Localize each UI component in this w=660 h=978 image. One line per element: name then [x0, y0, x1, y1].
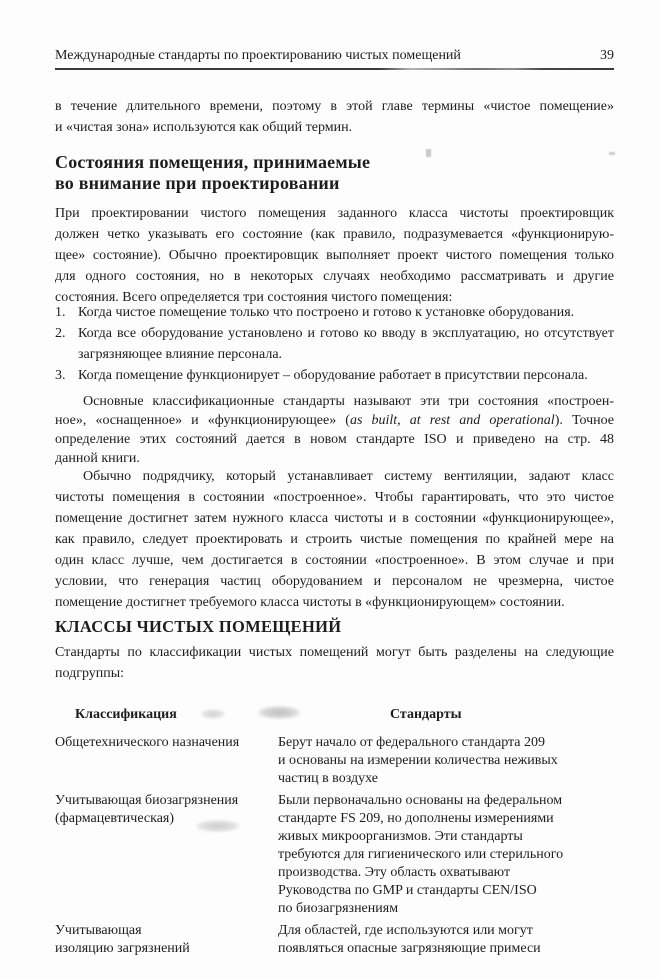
- list-item: 3. Когда помещение функционирует – обору…: [55, 365, 614, 386]
- standards-cell: Для областей, где используются или могут…: [278, 922, 612, 958]
- standards-cell: Были первоначально основаны на федеральн…: [278, 792, 612, 918]
- intro-paragraph: в течение длительного времени, поэтому в…: [55, 96, 614, 138]
- text-line: живых микроорганизмов. Эти стандарты: [278, 828, 612, 846]
- list-item-text: Когда чистое помещение только что постро…: [78, 302, 614, 323]
- states-numbered-list: 1. Когда чистое помещение только что пос…: [55, 302, 614, 386]
- page-running-header: Международные стандарты по проектировани…: [55, 46, 614, 68]
- text-line: должен четко указывать его состояние (ка…: [55, 224, 614, 245]
- latin-italic-terms: as built, at rest and operational: [350, 413, 555, 428]
- text-line: помещение достигнет затем нужного класса…: [55, 508, 614, 529]
- text-line: требуются для гигиенического или стериль…: [278, 846, 612, 864]
- column-header-standards: Стандарты: [278, 706, 612, 724]
- text-line: Для областей, где используются или могут: [278, 922, 612, 940]
- paragraph-contractor: Обычно подрядчику, который устанавливает…: [55, 466, 614, 613]
- text-line: и «чистая зона» используются как общий т…: [55, 117, 614, 138]
- text-line: стандарте FS 209, но дополнены измерения…: [278, 810, 612, 828]
- text-line: Основные классификационные стандарты наз…: [55, 392, 614, 411]
- text-line: Общетехнического назначения: [55, 734, 278, 752]
- paragraph-classes-intro: Стандарты по классификации чистых помеще…: [55, 642, 614, 684]
- text-line: Обычно подрядчику, который устанавливает…: [55, 466, 614, 487]
- table-row: Учитывающая биозагрязнения(фармацевтичес…: [55, 792, 614, 918]
- text-line: Учитывающая: [55, 922, 278, 940]
- text-line: щее» состояние). Обычно проектировщик вы…: [55, 245, 614, 266]
- text-line: в течение длительного времени, поэтому в…: [55, 96, 614, 117]
- paragraph-design-states: При проектировании чистого помещения зад…: [55, 203, 614, 308]
- text-line: один класс лучше, чем достигается в сост…: [55, 550, 614, 571]
- text-line: подгруппы:: [55, 663, 614, 684]
- scanned-book-page: Международные стандарты по проектировани…: [0, 0, 660, 978]
- text-line: и основаны на измерении количества нежив…: [278, 752, 612, 770]
- text-line: Руководства по GMP и стандарты CEN/ISO: [278, 882, 612, 900]
- text-line: загрязняющее влияние персонала.: [78, 344, 614, 365]
- text-line: частиц в воздухе: [278, 770, 612, 788]
- text-line: Учитывающая биозагрязнения: [55, 792, 278, 810]
- text-line: условии, что генерация частиц оборудован…: [55, 571, 614, 592]
- table-row: Общетехнического назначения Берут начало…: [55, 734, 614, 788]
- text-line: для одного состояния, но в некоторых слу…: [55, 266, 614, 287]
- text-line: При проектировании чистого помещения зад…: [55, 203, 614, 224]
- text-line: по биозагрязнениям: [278, 900, 612, 918]
- text-line: во внимание при проектировании: [55, 173, 614, 194]
- list-item: 1. Когда чистое помещение только что пос…: [55, 302, 614, 323]
- list-item-number: 2.: [55, 323, 78, 365]
- column-header-classification: Классификация: [55, 706, 278, 724]
- section-heading-room-states: Состояния помещения, принимаемыево внима…: [55, 152, 614, 194]
- text-line: Когда чистое помещение только что постро…: [78, 302, 614, 323]
- line-segment: ное», «оснащенное» и «функционирующее» (: [55, 413, 350, 428]
- text-line: Когда помещение функционирует – оборудов…: [78, 365, 614, 386]
- scan-smudge: [258, 706, 300, 719]
- text-line: чистоты помещения в состоянии «построенн…: [55, 487, 614, 508]
- page-number: 39: [600, 46, 614, 66]
- text-line: Состояния помещения, принимаемые: [55, 152, 614, 173]
- text-line: Стандарты по классификации чистых помеще…: [55, 642, 614, 663]
- text-line: изоляцию загрязнений: [55, 940, 278, 958]
- scan-smudge: [196, 820, 240, 832]
- classification-cell: Учитывающая биозагрязнения(фармацевтичес…: [55, 792, 278, 918]
- line-segment: ). Точное: [555, 413, 614, 428]
- section-heading-cleanroom-classes: КЛАССЫ ЧИСТЫХ ПОМЕЩЕНИЙ: [55, 616, 614, 637]
- page-content: Международные стандарты по проектировани…: [55, 0, 614, 958]
- text-line: Когда все оборудование установлено и гот…: [78, 323, 614, 344]
- scan-artifact-line: [400, 68, 542, 70]
- standards-cell: Берут начало от федерального стандарта 2…: [278, 734, 612, 788]
- text-line: (фармацевтическая): [55, 810, 278, 828]
- running-title: Международные стандарты по проектировани…: [55, 46, 461, 66]
- text-line: Были первоначально основаны на федеральн…: [278, 792, 612, 810]
- scan-speck: [426, 149, 431, 157]
- scan-smudge: [201, 709, 225, 719]
- text-line: Берут начало от федерального стандарта 2…: [278, 734, 612, 752]
- classification-cell: Учитывающаяизоляцию загрязнений: [55, 922, 278, 958]
- list-item: 2. Когда все оборудование установлено и …: [55, 323, 614, 365]
- list-item-text: Когда все оборудование установлено и гот…: [78, 323, 614, 365]
- text-line: появляться опасные загрязняющие примеси: [278, 940, 612, 958]
- paragraph-classification-standards: Основные классификационные стандарты наз…: [55, 392, 614, 468]
- text-line: производства. Эту область охватывают: [278, 864, 612, 882]
- text-line: ное», «оснащенное» и «функционирующее» (…: [55, 411, 614, 430]
- text-line: помещение достигнет требуемого класса чи…: [55, 592, 614, 613]
- list-item-number: 3.: [55, 365, 78, 386]
- text-line: определение этих состояний дается в ново…: [55, 430, 614, 449]
- classification-cell: Общетехнического назначения: [55, 734, 278, 788]
- table-row: Учитывающаяизоляцию загрязнений Для обла…: [55, 922, 614, 958]
- scan-speck: [609, 152, 615, 155]
- table-header-row: Классификация Стандарты: [55, 706, 614, 724]
- classification-table: Классификация Стандарты Общетехнического…: [55, 706, 614, 958]
- list-item-number: 1.: [55, 302, 78, 323]
- text-line: как правило, следует проектировать и стр…: [55, 529, 614, 550]
- list-item-text: Когда помещение функционирует – оборудов…: [78, 365, 614, 386]
